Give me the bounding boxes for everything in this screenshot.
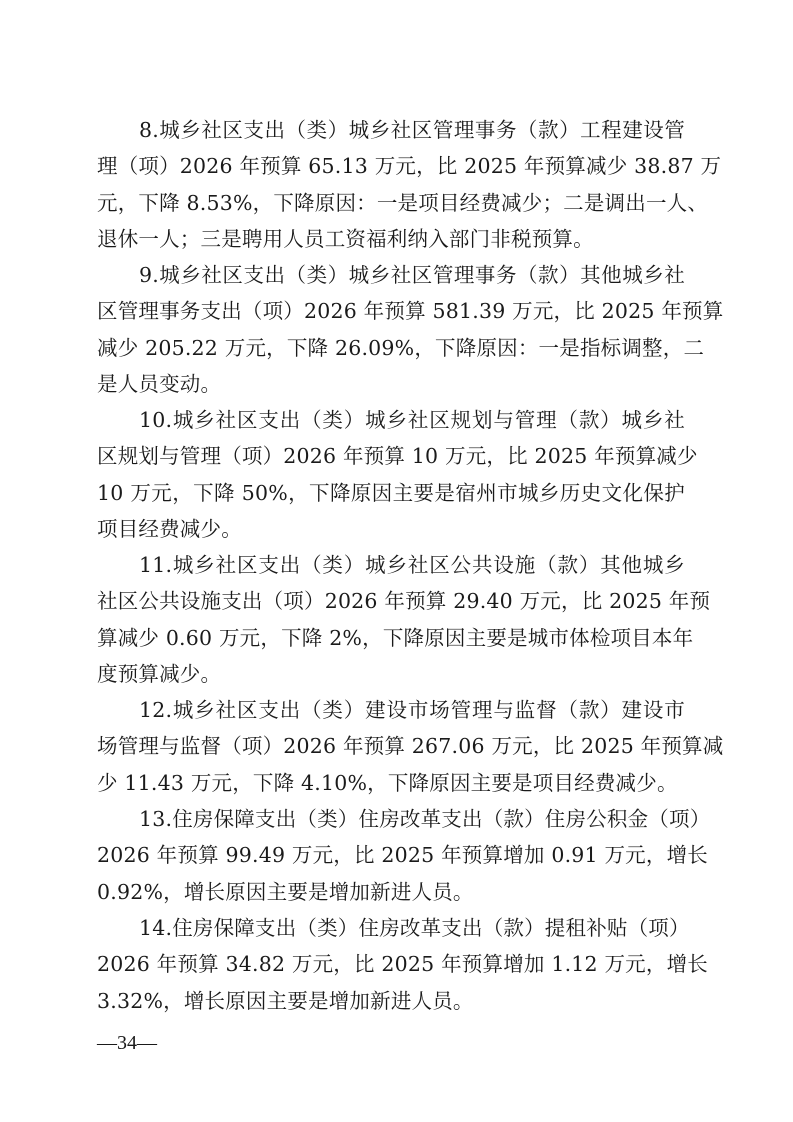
text-line: 10.城乡社区支出（类）城乡社区规划与管理（款）城乡社 bbox=[97, 402, 685, 438]
text-line: 区规划与管理（项）2026 年预算 10 万元，比 2025 年预算减少 bbox=[97, 438, 685, 474]
text-line: 减少 205.22 万元，下降 26.09%，下降原因：一是指标调整，二 bbox=[97, 330, 685, 366]
paragraph-item-13: 13.住房保障支出（类）住房改革支出（款）住房公积金（项） 2026 年预算 9… bbox=[97, 801, 685, 910]
text-line: 8.城乡社区支出（类）城乡社区管理事务（款）工程建设管 bbox=[97, 112, 685, 148]
page-number: —34— bbox=[97, 1032, 157, 1055]
paragraph-item-14: 14.住房保障支出（类）住房改革支出（款）提租补贴（项） 2026 年预算 34… bbox=[97, 910, 685, 1019]
text-line: 场管理与监督（项）2026 年预算 267.06 万元，比 2025 年预算减 bbox=[97, 728, 685, 764]
text-line: 2026 年预算 99.49 万元，比 2025 年预算增加 0.91 万元，增… bbox=[97, 837, 685, 873]
paragraph-item-8: 8.城乡社区支出（类）城乡社区管理事务（款）工程建设管 理（项）2026 年预算… bbox=[97, 112, 685, 257]
text-line: 10 万元，下降 50%，下降原因主要是宿州市城乡历史文化保护 bbox=[97, 475, 685, 511]
text-line: 14.住房保障支出（类）住房改革支出（款）提租补贴（项） bbox=[97, 910, 685, 946]
text-line: 退休一人；三是聘用人员工资福利纳入部门非税预算。 bbox=[97, 221, 685, 257]
text-line: 12.城乡社区支出（类）建设市场管理与监督（款）建设市 bbox=[97, 692, 685, 728]
text-line: 度预算减少。 bbox=[97, 656, 685, 692]
text-line: 元，下降 8.53%，下降原因：一是项目经费减少；二是调出一人、 bbox=[97, 185, 685, 221]
text-line: 理（项）2026 年预算 65.13 万元，比 2025 年预算减少 38.87… bbox=[97, 148, 685, 184]
text-line: 3.32%，增长原因主要是增加新进人员。 bbox=[97, 983, 685, 1019]
text-line: 9.城乡社区支出（类）城乡社区管理事务（款）其他城乡社 bbox=[97, 257, 685, 293]
document-page: 8.城乡社区支出（类）城乡社区管理事务（款）工程建设管 理（项）2026 年预算… bbox=[0, 0, 793, 1122]
paragraph-item-9: 9.城乡社区支出（类）城乡社区管理事务（款）其他城乡社 区管理事务支出（项）20… bbox=[97, 257, 685, 402]
paragraph-item-11: 11.城乡社区支出（类）城乡社区公共设施（款）其他城乡 社区公共设施支出（项）2… bbox=[97, 547, 685, 692]
text-line: 项目经费减少。 bbox=[97, 511, 685, 547]
text-line: 算减少 0.60 万元，下降 2%，下降原因主要是城市体检项目本年 bbox=[97, 620, 685, 656]
paragraph-item-10: 10.城乡社区支出（类）城乡社区规划与管理（款）城乡社 区规划与管理（项）202… bbox=[97, 402, 685, 547]
text-line: 少 11.43 万元，下降 4.10%，下降原因主要是项目经费减少。 bbox=[97, 765, 685, 801]
text-line: 11.城乡社区支出（类）城乡社区公共设施（款）其他城乡 bbox=[97, 547, 685, 583]
text-line: 是人员变动。 bbox=[97, 366, 685, 402]
text-line: 13.住房保障支出（类）住房改革支出（款）住房公积金（项） bbox=[97, 801, 685, 837]
paragraph-item-12: 12.城乡社区支出（类）建设市场管理与监督（款）建设市 场管理与监督（项）202… bbox=[97, 692, 685, 801]
text-line: 2026 年预算 34.82 万元，比 2025 年预算增加 1.12 万元，增… bbox=[97, 946, 685, 982]
text-line: 0.92%，增长原因主要是增加新进人员。 bbox=[97, 874, 685, 910]
text-line: 社区公共设施支出（项）2026 年预算 29.40 万元，比 2025 年预 bbox=[97, 583, 685, 619]
text-line: 区管理事务支出（项）2026 年预算 581.39 万元，比 2025 年预算 bbox=[97, 293, 685, 329]
